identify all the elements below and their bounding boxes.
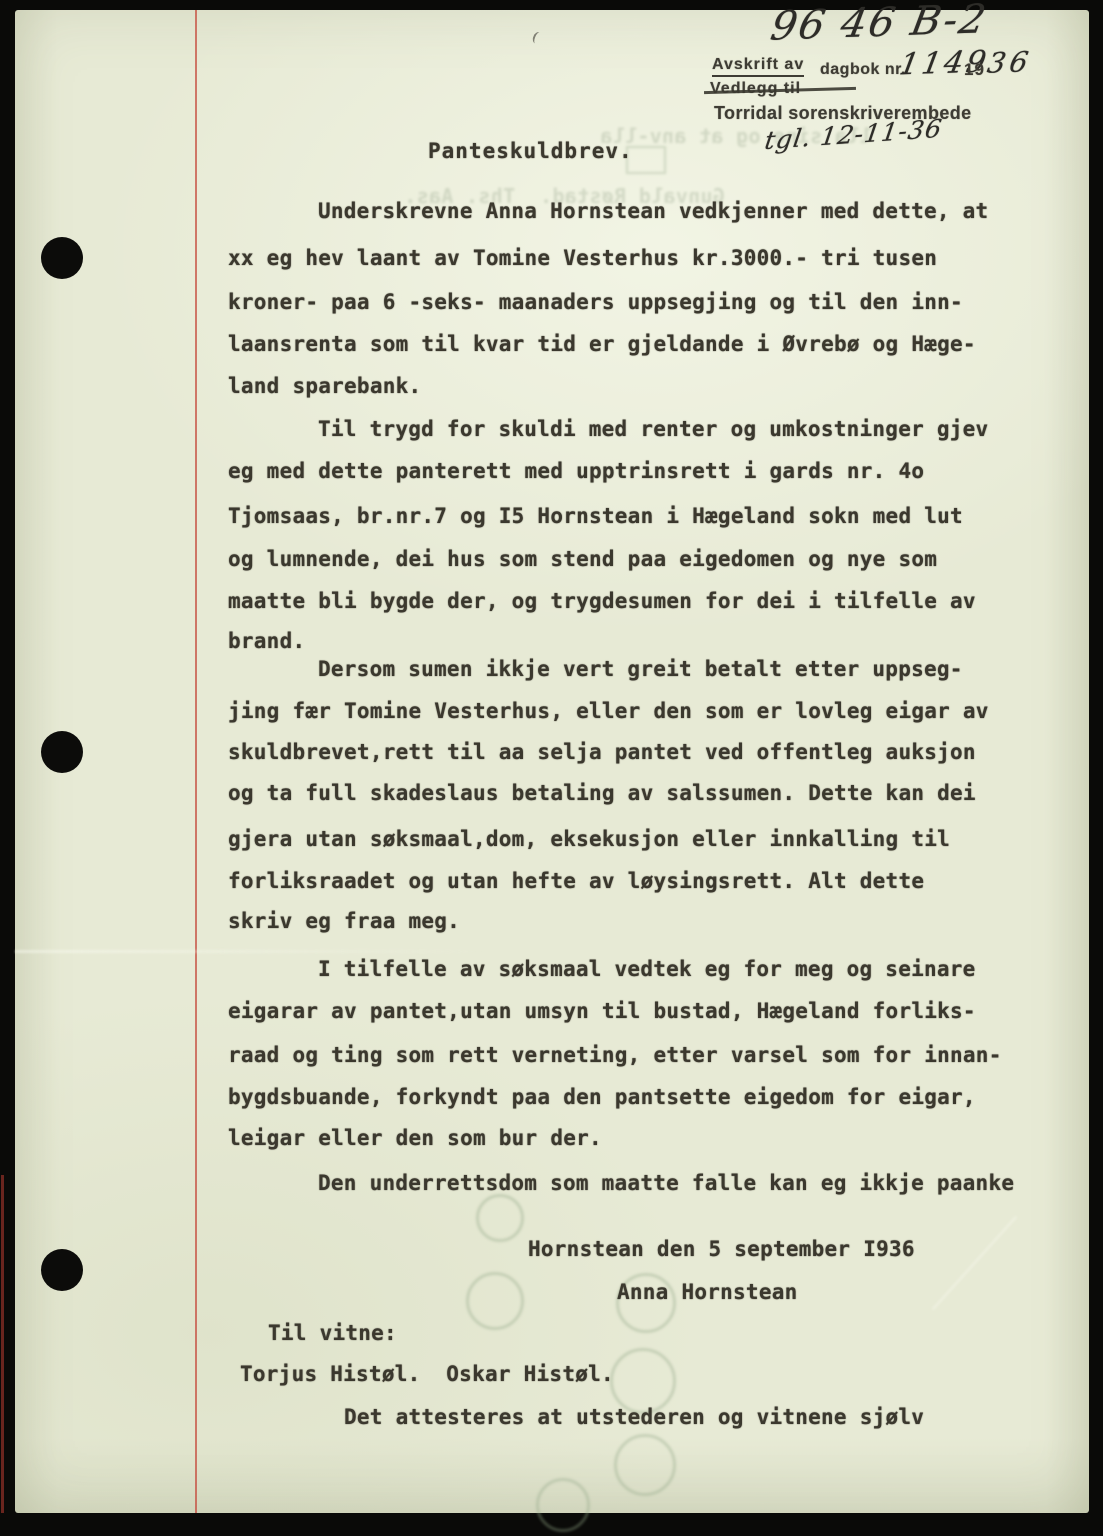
stamp-dagbok-nr: dagbok nr.: [820, 61, 906, 79]
bleedthrough-stamp-ring-1: [476, 1194, 524, 1242]
typed-line-25: Hornstean den 5 september I936: [528, 1238, 915, 1260]
typed-line-26: Anna Hornstean: [617, 1281, 798, 1303]
typed-line-6: Til trygd for skuldi med renter og umkos…: [318, 418, 988, 440]
typed-line-23: leigar eller den som bur der.: [228, 1127, 602, 1149]
typed-line-17: forliksraadet og utan hefte av løysingsr…: [228, 870, 924, 892]
typed-line-22: bygdsbuande, forkyndt paa den pantsette …: [228, 1086, 976, 1108]
typed-line-14: skuldbrevet,rett til aa selja pantet ved…: [228, 741, 976, 763]
adjacent-page-margin-sliver: [1, 1175, 4, 1513]
typed-line-21: raad og ting som rett verneting, etter v…: [228, 1044, 1002, 1066]
typed-line-15: og ta full skadeslaus betaling av salssu…: [228, 782, 976, 804]
typed-line-2: xx eg hev laant av Tomine Vesterhus kr.3…: [228, 247, 937, 269]
typed-line-10: maatte bli bygde der, og trygdesumen for…: [228, 590, 976, 612]
stamp-avskrift-av: Avskrift av: [712, 56, 804, 77]
typed-line-19: I tilfelle av søksmaal vedtek eg for meg…: [318, 958, 976, 980]
archive-reference-handwritten: 96 46 B-2: [767, 0, 991, 50]
typed-line-18: skriv eg fraa meg.: [228, 910, 460, 932]
document-title: Panteskuldbrev.: [428, 140, 633, 162]
bleedthrough-stamp-ring-6: [536, 1478, 590, 1532]
typed-line-27: Til vitne:: [268, 1322, 397, 1344]
typed-line-28: Torjus Histøl. Oskar Histøl.: [240, 1363, 614, 1385]
fold-crease: [15, 950, 485, 953]
typed-line-13: jing fær Tomine Vesterhus, eller den som…: [228, 700, 989, 722]
typed-line-24: Den underrettsdom som maatte falle kan e…: [318, 1172, 1014, 1194]
typed-line-12: Dersom sumen ikkje vert greit betalt ett…: [318, 658, 963, 680]
margin-line: [195, 10, 197, 1513]
typed-line-1: Underskrevne Anna Hornstean vedkjenner m…: [318, 200, 988, 222]
typed-line-29: Det attesteres at utstederen og vitnene …: [344, 1406, 924, 1428]
typed-line-7: eg med dette panterett med upptrinsrett …: [228, 460, 924, 482]
typed-line-11: brand.: [228, 630, 305, 652]
punch-hole: [41, 731, 83, 773]
punch-hole: [41, 1249, 83, 1291]
typed-line-20: eigarar av pantet,utan umsyn til bustad,…: [228, 1000, 976, 1022]
scanned-page: lla sine og at anv-llaGunvald Røstad. Th…: [0, 0, 1103, 1536]
bleedthrough-stamp-ring-5: [614, 1434, 676, 1496]
typed-line-9: og lumnende, dei hus som stend paa eiged…: [228, 548, 937, 570]
year-suffix-handwritten: 36: [985, 45, 1035, 80]
typed-line-16: gjera utan søksmaal,dom, eksekusjon elle…: [228, 828, 950, 850]
punch-hole: [41, 237, 83, 279]
typed-line-3: kroner- paa 6 -seks- maanaders uppsegjin…: [228, 291, 963, 313]
typed-line-8: Tjomsaas, br.nr.7 og I5 Hornstean i Hæge…: [228, 505, 963, 527]
bleedthrough-stamp-ring-2: [466, 1272, 524, 1330]
typed-line-4: laansrenta som til kvar tid er gjeldande…: [228, 333, 976, 355]
stamp-year-19: 19: [964, 60, 985, 80]
typed-line-5: land sparebank.: [228, 375, 421, 397]
